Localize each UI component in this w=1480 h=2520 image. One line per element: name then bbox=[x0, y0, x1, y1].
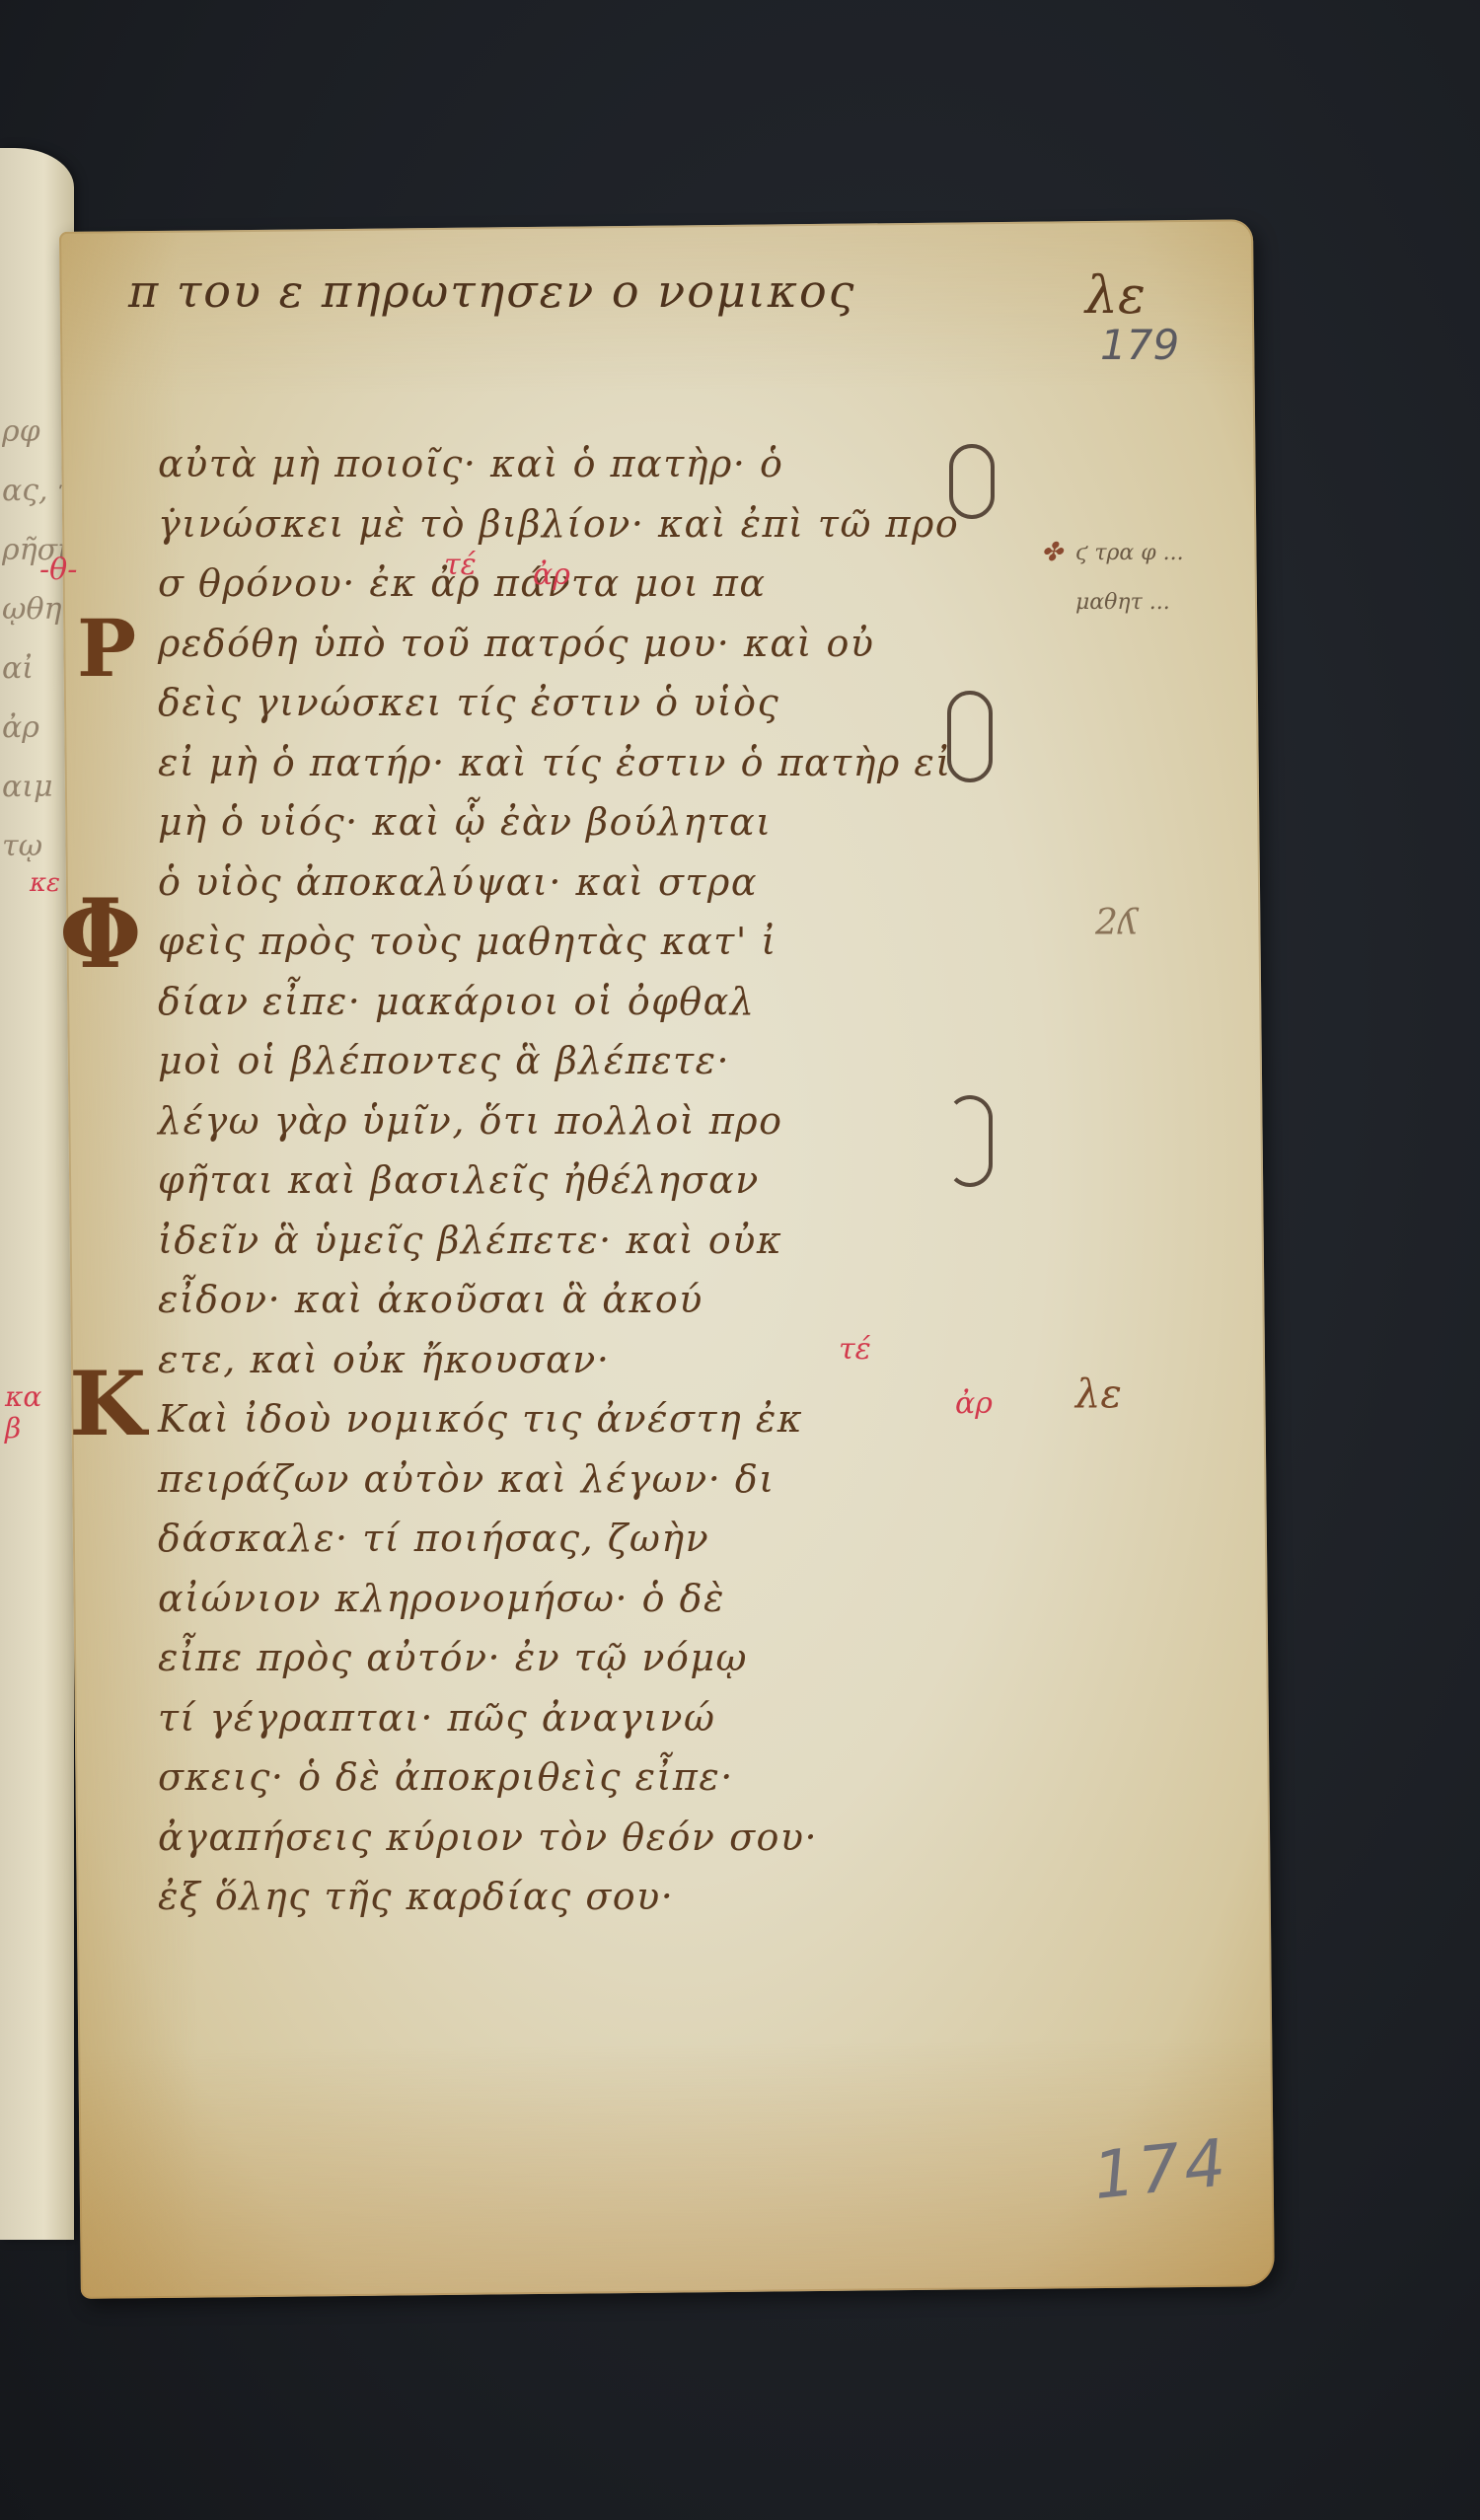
text-line: μὴ ὁ υἱός· καὶ ᾧ ἐὰν βούληται bbox=[158, 792, 1016, 852]
margin-numeral: 2ʎ bbox=[1095, 903, 1138, 943]
text-line: ἀγαπήσεις κύριον τὸν θεόν σου· bbox=[158, 1808, 1016, 1868]
previous-leaf-text: ἀρ bbox=[2, 710, 71, 745]
lection-end-mark: τέ bbox=[444, 548, 477, 582]
text-line: τί γέγραπται· πῶς ἀναγινώ bbox=[158, 1688, 1016, 1748]
text-line: Καὶ ἰδοὺ νομικός τις ἀνέστη ἐκ bbox=[158, 1389, 1016, 1449]
text-line: λέγω γὰρ ὑμῖν, ὅτι πολλοὶ προ bbox=[158, 1091, 1016, 1151]
previous-leaf-text: αιμ bbox=[2, 770, 71, 804]
initial-rho: Ρ bbox=[77, 602, 136, 695]
text-bracket bbox=[949, 444, 995, 519]
previous-leaf-text: ας, τ bbox=[2, 474, 71, 508]
running-head: π του ε πηρωτησεν ο νομικος bbox=[128, 264, 855, 318]
text-line: δάσκαλε· τί ποιήσας, ζωὴν bbox=[158, 1509, 1016, 1569]
lection-end-mark: τέ bbox=[839, 1332, 871, 1367]
text-line: εἰ μὴ ὁ πατήρ· καὶ τίς ἐστιν ὁ πατὴρ εἰ bbox=[158, 733, 1016, 793]
lection-start-mark: ἀρ bbox=[533, 557, 570, 592]
initial-kappa: Κ bbox=[69, 1352, 146, 1456]
text-line: αἰώνιον κληρονομήσω· ὁ δὲ bbox=[158, 1569, 1016, 1629]
text-line: ετε, καὶ οὐκ ἤκουσαν· bbox=[158, 1330, 1016, 1390]
text-line: φῆται καὶ βασιλεῖς ἠθέλησαν bbox=[158, 1150, 1016, 1211]
text-line: μοὶ οἱ βλέποντες ἃ βλέπετε· bbox=[158, 1031, 1016, 1091]
text-line: εἶπε πρὸς αὐτόν· ἐν τῷ νόμῳ bbox=[158, 1628, 1016, 1688]
text-line: φεὶς πρὸς τοὺς μαθητὰς κατ' ἰ bbox=[158, 912, 1016, 972]
folio-number-bottom: 174 bbox=[1089, 2124, 1232, 2214]
text-line: γ̇ινώσκει μὲ τὸ βιβλίον· καὶ ἐπὶ τῶ προ bbox=[158, 494, 1016, 555]
text-bracket bbox=[947, 691, 993, 782]
previous-leaf-text: αἰ bbox=[2, 651, 71, 686]
text-line: ἰδεῖν ἃ ὑμεῖς βλέπετε· καὶ οὐκ bbox=[158, 1211, 1016, 1271]
previous-leaf-text: ῳθη bbox=[2, 592, 71, 627]
quatrefoil-mark: ✤ bbox=[1041, 538, 1063, 567]
text-line: σ θρόνου· ἐκ ἀρ πάντα μοι πα bbox=[158, 554, 1016, 614]
margin-gloss: ϛ τρα φ ... bbox=[1075, 541, 1184, 565]
text-line: εἶδον· καὶ ἀκοῦσαι ἃ ἀκού bbox=[158, 1270, 1016, 1330]
kephalaion-number: λε bbox=[1075, 1371, 1122, 1417]
text-line: πειράζων αὐτὸν καὶ λέγων· δι bbox=[158, 1449, 1016, 1510]
rubric-kab-mark: κα β bbox=[5, 1381, 54, 1445]
text-line: δίαν εἶπε· μακάριοι οἱ ὀφθαλ bbox=[158, 972, 1016, 1032]
rubric-theta-mark: -θ- bbox=[39, 553, 77, 587]
text-line: ὁ υἱὸς ἀποκαλύψαι· καὶ στρα bbox=[158, 852, 1016, 913]
initial-phi: Φ bbox=[59, 878, 142, 990]
text-line: ἐξ ὅλης τῆς καρδίας σου· bbox=[158, 1867, 1016, 1927]
text-column: αὐτὰ μὴ ποιοῖς· καὶ ὁ πατὴρ· ὁ γ̇ινώσκει… bbox=[158, 434, 1016, 1927]
text-line: ρεδόθη ὑπὸ τοῦ πατρός μου· καὶ οὐ bbox=[158, 614, 1016, 674]
rubric-ke-mark: κε bbox=[30, 868, 60, 898]
margin-gloss: μαθητ ... bbox=[1075, 590, 1170, 615]
text-line: σκεις· ὁ δὲ ἀποκριθεὶς εἶπε· bbox=[158, 1747, 1016, 1808]
lection-start-mark: ἀρ bbox=[955, 1386, 993, 1421]
previous-leaf-text: τῳ bbox=[2, 829, 71, 863]
quire-signature: λε bbox=[1085, 266, 1146, 326]
text-line: δεὶς γινώσκει τίς ἐστιν ὁ υἱὸς bbox=[158, 673, 1016, 733]
folio-number-top: 179 bbox=[1100, 321, 1179, 369]
text-bracket bbox=[947, 1095, 993, 1187]
text-line: αὐτὰ μὴ ποιοῖς· καὶ ὁ πατὴρ· ὁ bbox=[158, 434, 1016, 494]
